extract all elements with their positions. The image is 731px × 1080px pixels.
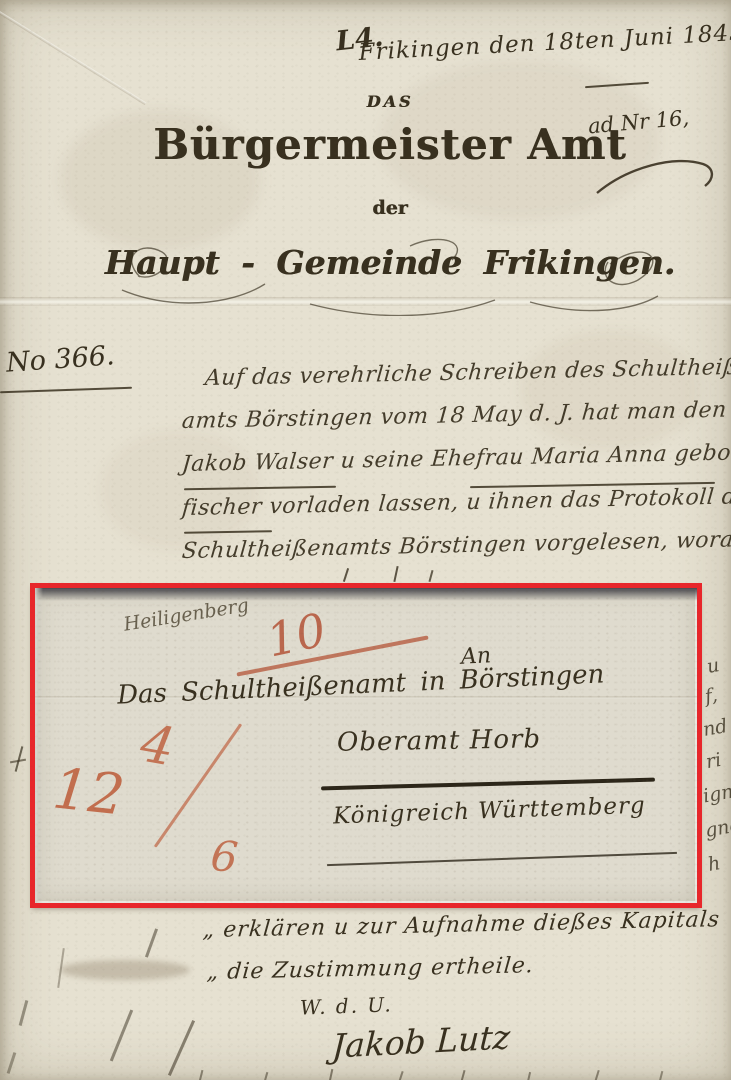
letterhead-kicker: DAS bbox=[110, 92, 670, 111]
postal-rate-denominator: 6 bbox=[209, 831, 241, 883]
text-fragment: nd bbox=[703, 715, 729, 741]
dateline-underline bbox=[585, 82, 649, 88]
body-line: fischer vorladen lassen, u ihnen das Pro… bbox=[181, 484, 731, 521]
letter-document-scan: L4. Frikingen den 18ten Juni 1843. ad Nr… bbox=[0, 0, 731, 1080]
text-fragment: ri bbox=[704, 749, 723, 773]
name-underline bbox=[184, 530, 272, 534]
text-fragment: gne bbox=[703, 814, 731, 842]
cutoff-text-stroke bbox=[329, 1069, 334, 1080]
text-fragment: h bbox=[706, 852, 722, 876]
cutoff-text-stroke bbox=[594, 1070, 599, 1080]
letterhead-connector: der bbox=[110, 197, 670, 219]
ink-smudge bbox=[60, 960, 190, 980]
text-fragment: ign bbox=[703, 781, 731, 808]
letterhead-subtitle: Haupt - Gemeinde Frikingen. bbox=[70, 243, 710, 282]
photo-edge-shadow bbox=[35, 588, 697, 601]
ink-stroke bbox=[7, 1052, 17, 1074]
body-line: Schultheißenamts Börstingen vorgelesen, … bbox=[181, 527, 731, 564]
cutoff-text-stroke bbox=[527, 1072, 531, 1080]
ink-stroke bbox=[19, 1000, 29, 1026]
fold-crease bbox=[0, 2, 146, 105]
paper-stain bbox=[520, 330, 700, 450]
cutoff-text-stroke bbox=[199, 1070, 204, 1080]
cutoff-text-stroke bbox=[398, 1071, 403, 1080]
body-line: Auf das verehrliche Schreiben des Schult… bbox=[204, 354, 731, 391]
highlighted-address-inset: Heiligenberg 10 An Das Schultheißenamt i… bbox=[30, 583, 702, 908]
district-underline bbox=[321, 778, 655, 791]
ink-stroke bbox=[15, 746, 24, 772]
ink-stroke bbox=[110, 1009, 133, 1061]
photo-edge-highlight bbox=[35, 588, 43, 903]
closing-line: „ die Zustimmung ertheile. bbox=[206, 953, 535, 985]
ink-stroke bbox=[428, 570, 433, 582]
cutoff-text-stroke bbox=[460, 1070, 465, 1080]
docket-underline bbox=[0, 387, 132, 394]
name-underline bbox=[184, 486, 336, 491]
valediction: W. d. U. bbox=[300, 992, 393, 1019]
ink-stroke bbox=[57, 948, 65, 988]
address-country-line: Königreich Württemberg bbox=[333, 793, 646, 830]
closing-line: „ erklären u zur Aufnahme dießes Kapital… bbox=[202, 907, 721, 943]
underlying-text-fragments: u f, nd ri ign gne h bbox=[703, 655, 731, 910]
postal-rate-whole: 12 bbox=[50, 756, 128, 828]
ink-stroke bbox=[393, 566, 398, 582]
text-fragment: u bbox=[705, 655, 721, 678]
signature: Jakob Lutz bbox=[331, 1017, 511, 1065]
dateline: Frikingen den 18ten Juni 1843. bbox=[358, 19, 731, 66]
ink-stroke bbox=[343, 568, 349, 582]
address-district-line: Oberamt Horb bbox=[337, 724, 542, 758]
ink-stroke bbox=[168, 1020, 195, 1076]
body-line: Jakob Walser u seine Ehefrau Maria Anna … bbox=[181, 439, 731, 477]
ink-stroke bbox=[10, 759, 26, 764]
ink-stroke bbox=[145, 928, 158, 957]
postal-rate-numerator: 4 bbox=[136, 714, 179, 779]
body-line: amts Börstingen vom 18 May d. J. hat man… bbox=[181, 396, 731, 435]
cutoff-text-stroke bbox=[659, 1071, 664, 1080]
docket-number: No 366. bbox=[5, 340, 115, 378]
text-fragment: f, bbox=[703, 684, 719, 708]
address-recipient-line: Das Schultheißenamt in Börstingen bbox=[117, 659, 605, 710]
letterhead-title: Bürgermeister Amt bbox=[110, 120, 670, 169]
country-underline bbox=[327, 852, 677, 866]
cutoff-text-stroke bbox=[264, 1072, 269, 1080]
